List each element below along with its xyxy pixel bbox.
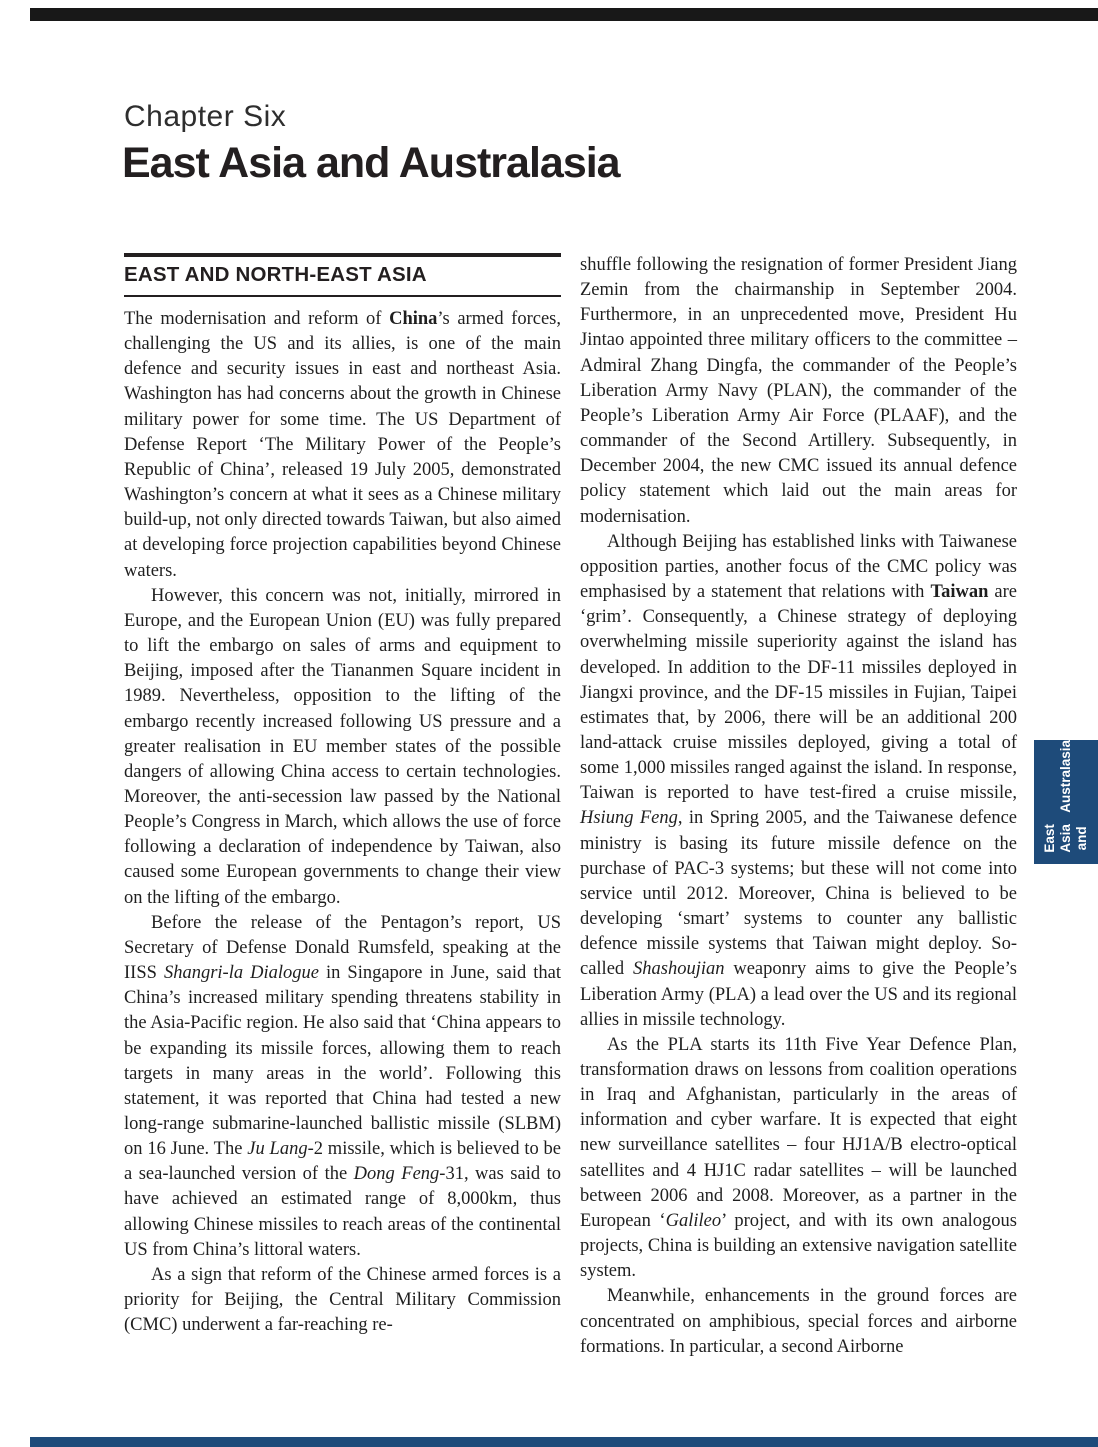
paragraph: The modernisation and reform of China’s … bbox=[124, 307, 561, 584]
page: Chapter Six East Asia and Australasia EA… bbox=[0, 0, 1098, 1447]
side-tab-label: East Asia and Australasia bbox=[1034, 740, 1098, 864]
chapter-label: Chapter Six bbox=[124, 100, 286, 134]
right-column-text: shuffle following the resignation of for… bbox=[580, 253, 1017, 1360]
paragraph: As a sign that reform of the Chinese arm… bbox=[124, 1263, 561, 1338]
page-title: East Asia and Australasia bbox=[122, 139, 620, 188]
paragraph: shuffle following the resignation of for… bbox=[580, 253, 1017, 530]
side-tab-label-line2: Australasia bbox=[1058, 740, 1074, 813]
paragraph: As the PLA starts its 11th Five Year Def… bbox=[580, 1033, 1017, 1285]
chapter-side-tab: East Asia and Australasia bbox=[1034, 740, 1098, 864]
paragraph: Meanwhile, enhancements in the ground fo… bbox=[580, 1284, 1017, 1359]
top-decoration-bar bbox=[30, 8, 1098, 21]
side-tab-label-line1: East Asia and bbox=[1042, 813, 1090, 864]
bottom-decoration-bar bbox=[30, 1437, 1098, 1447]
section-heading: EAST AND NORTH-EAST ASIA bbox=[124, 253, 561, 297]
left-column-text: The modernisation and reform of China’s … bbox=[124, 307, 561, 1338]
left-column: EAST AND NORTH-EAST ASIA The modernisati… bbox=[124, 253, 561, 1338]
paragraph: Although Beijing has established links w… bbox=[580, 530, 1017, 1033]
paragraph: Before the release of the Pentagon’s rep… bbox=[124, 911, 561, 1263]
paragraph: However, this concern was not, initially… bbox=[124, 584, 561, 911]
right-column: shuffle following the resignation of for… bbox=[580, 253, 1017, 1360]
